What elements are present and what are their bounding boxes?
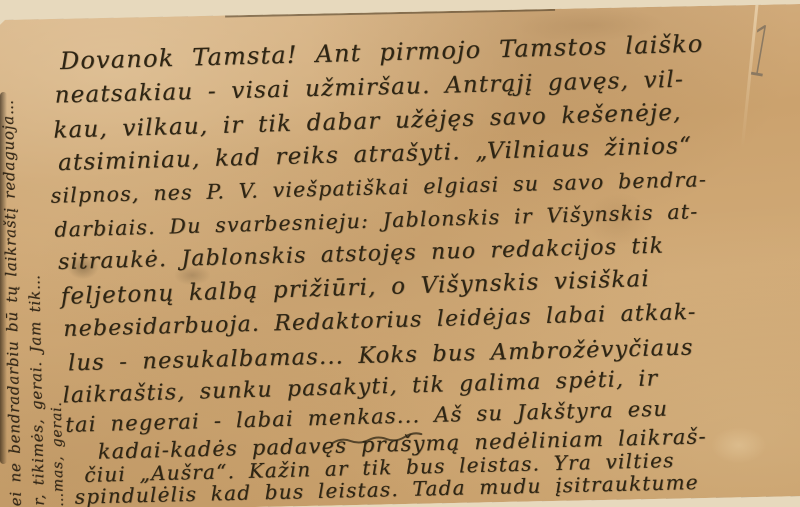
paper-worn-spot bbox=[708, 425, 769, 466]
margin-note-vertical: …mas, gerai. bbox=[49, 401, 67, 507]
margin-note-vertical: ir, tikimės, gerai. Jam tik… bbox=[25, 274, 48, 507]
paper-edge-line bbox=[225, 9, 555, 18]
postcard-paper: Dovanok Tamsta! Ant pirmojo Tamstos laiš… bbox=[0, 4, 800, 507]
pencil-archival-number: 1 bbox=[743, 10, 777, 94]
margin-note-vertical: jei ne bendradarbiu bū tų laikraštį reda… bbox=[0, 99, 25, 507]
scanned-postcard: Dovanok Tamsta! Ant pirmojo Tamstos laiš… bbox=[0, 0, 800, 507]
